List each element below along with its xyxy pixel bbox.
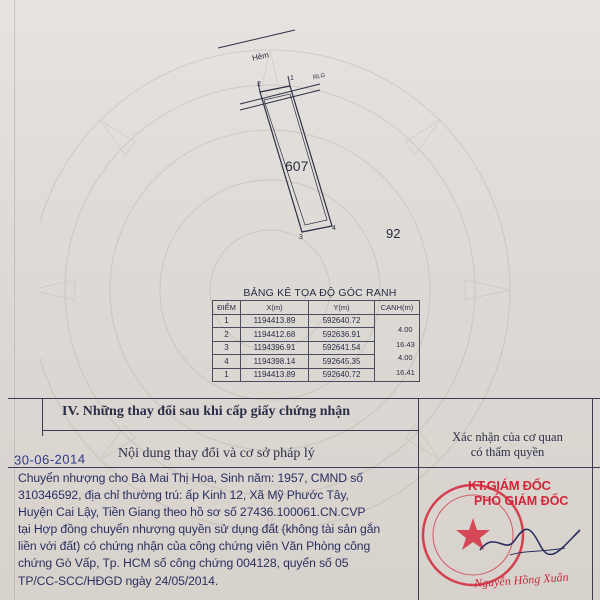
description-line: chứng Gò Vấp, Tp. HCM số công chứng 0041… (18, 555, 423, 572)
description-line: Huyện Cai Lậy, Tiền Giang theo hồ sơ số … (18, 504, 423, 521)
corner-point-1: 1 (290, 75, 294, 82)
neighbor-parcel-number: 92 (386, 226, 400, 241)
parcel-sketch (210, 20, 410, 250)
section-title: IV. Những thay đổi sau khi cấp giấy chứn… (62, 404, 350, 420)
col-point: ĐIỂM (213, 301, 241, 315)
corner-point-4: 4 (332, 225, 336, 232)
approval-title: KT.GIÁM ĐỐC (468, 478, 551, 493)
table-row: 1 1194413.89 592640.72 (213, 314, 420, 328)
edge-length-1: 4.00 (398, 325, 413, 334)
coordinates-table: ĐIỂM X(m) Y(m) CẠNH(m) 1 1194413.89 5926… (212, 300, 420, 382)
description-line: TP/CC-SCC/HĐGD ngày 24/05/2014. (18, 573, 423, 590)
edge-length-3: 4.00 (398, 353, 413, 362)
confirmation-header: Xác nhận của cơ quan có thẩm quyền (425, 430, 590, 460)
content-header: Nội dung thay đổi và cơ sở pháp lý (118, 446, 315, 462)
corner-point-2: 2 (257, 81, 261, 88)
signature-icon (470, 510, 590, 570)
description-line: 310346592, địa chỉ thường trú: ấp Kinh 1… (18, 487, 423, 504)
date-stamp: 30-06-2014 (14, 451, 86, 467)
approval-subtitle: PHÓ GIÁM ĐỐC (474, 494, 568, 508)
edge-length-2: 16.43 (396, 340, 415, 349)
certificate-page: Hẻm RLG 2 1 3 4 607 92 BẢNG KÊ TỌA ĐỘ GÓ… (0, 0, 600, 600)
table-row: 3 1194396.91 592641.54 (213, 341, 420, 355)
edge-length-4: 16.41 (396, 368, 415, 377)
description-line: liền với đất) có chứng nhận của công chứ… (18, 538, 423, 555)
col-edge: CẠNH(m) (375, 301, 420, 315)
corner-point-3: 3 (299, 234, 303, 241)
col-x: X(m) (241, 301, 309, 315)
col-y: Y(m) (309, 301, 375, 315)
change-description: Chuyển nhượng cho Bà Mai Thị Hoa, Sinh n… (18, 470, 423, 590)
description-line: Chuyển nhượng cho Bà Mai Thị Hoa, Sinh n… (18, 470, 423, 487)
table-row: 1 1194413.89 592640.72 (213, 368, 420, 382)
description-line: tại Hợp đồng chuyển nhượng quyền sử dụng… (18, 521, 423, 538)
table-row: 2 1194412.68 592636.91 (213, 328, 420, 342)
coordinates-table-title: BẢNG KÊ TỌA ĐỘ GÓC RANH (215, 287, 425, 299)
table-row: 4 1194398.14 592645.35 (213, 355, 420, 369)
parcel-number: 607 (285, 158, 308, 174)
